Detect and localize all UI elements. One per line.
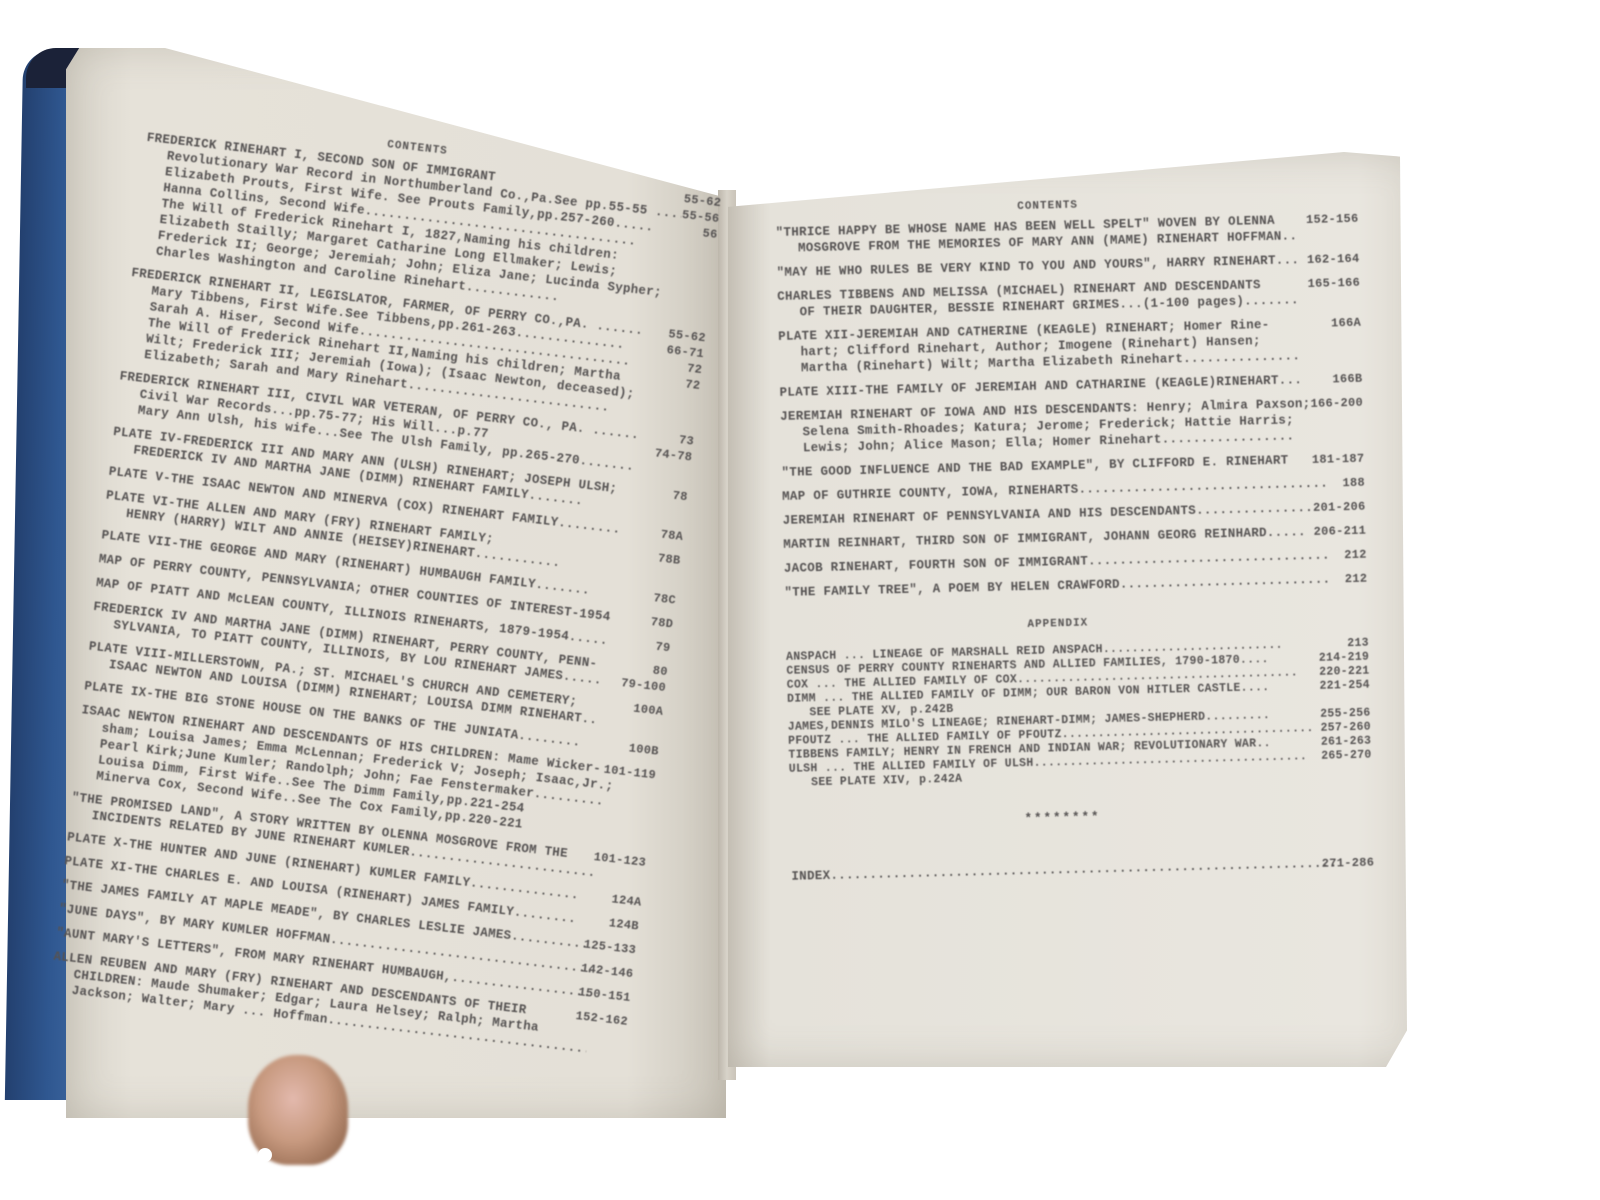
toc-entry: JEREMIAH RINEHART OF IOWA AND HIS DESCEN… <box>780 396 1326 457</box>
left-page-contents: CONTENTS FREDERICK RINEHART I, SECOND SO… <box>48 110 686 1065</box>
toc-page-number: 72 <box>686 361 703 379</box>
right-toc-list: "THRICE HAPPY BE WHOSE NAME HAS BEEN WEL… <box>775 212 1329 601</box>
toc-page-number: 124A <box>611 891 643 910</box>
toc-entry: PLATE XIII-THE FAMILY OF JEREMIAH AND CA… <box>779 372 1324 401</box>
toc-entry-title: "THE GOOD INFLUENCE AND THE BAD EXAMPLE"… <box>781 452 1326 481</box>
toc-page-number: 73 <box>678 432 695 450</box>
toc-page-number: 78A <box>660 527 684 545</box>
toc-entry-title: MAP OF GUTHRIE COUNTY, IOWA, RINEHARTS..… <box>782 476 1327 505</box>
toc-entry: CHARLES TIBBENS AND MELISSA (MICHAEL) RI… <box>777 276 1323 321</box>
toc-entry: "THE GOOD INFLUENCE AND THE BAD EXAMPLE"… <box>781 452 1326 481</box>
toc-entry: MARTIN REINHART, THIRD SON OF IMMIGRANT,… <box>783 524 1328 553</box>
toc-page-number: 188 <box>1342 475 1365 492</box>
toc-entry: "THE FAMILY TREE", A POEM BY HELEN CRAWF… <box>784 572 1329 601</box>
toc-page-number: 201-206 <box>1313 499 1366 516</box>
toc-page-number: 213 <box>1347 637 1369 652</box>
right-page-contents: CONTENTS "THRICE HAPPY BE WHOSE NAME HAS… <box>775 192 1337 893</box>
left-toc-list: FREDERICK RINEHART I, SECOND SON OF IMMI… <box>49 130 684 1058</box>
index-label: INDEX...................................… <box>791 855 1336 884</box>
appendix-heading: APPENDIX <box>785 610 1330 639</box>
toc-entry-title: "MAY HE WHO RULES BE VERY KIND TO YOU AN… <box>776 252 1321 281</box>
toc-page-number: 212 <box>1345 571 1368 588</box>
appendix-list: ANSPACH ... LINEAGE OF MARSHALL REID ANS… <box>786 638 1334 791</box>
toc-entry-title: MARTIN REINHART, THIRD SON OF IMMIGRANT,… <box>783 524 1328 553</box>
toc-page-number: 78C <box>653 590 677 608</box>
toc-entry: "MAY HE WHO RULES BE VERY KIND TO YOU AN… <box>776 252 1321 281</box>
toc-entry-title: JACOB RINEHART, FOURTH SON OF IMMIGRANT.… <box>784 548 1329 577</box>
toc-page-number: 265-270 <box>1321 749 1372 764</box>
toc-page-number: 221-254 <box>1319 679 1370 694</box>
toc-page-number: 181-187 <box>1312 451 1365 468</box>
thumb-highlight <box>258 1148 272 1162</box>
toc-page-number: 79 <box>655 639 672 657</box>
toc-page-number: 56 <box>702 225 719 243</box>
toc-entry-title: "THE FAMILY TREE", A POEM BY HELEN CRAWF… <box>784 572 1329 601</box>
toc-page-number: 72 <box>684 376 701 394</box>
toc-page-number: 124B <box>608 915 640 934</box>
index-pages: 271-286 <box>1322 855 1375 872</box>
toc-page-number: 78D <box>650 614 674 632</box>
toc-page-number: 165-166 <box>1307 275 1360 292</box>
toc-page-number: 212 <box>1344 547 1367 564</box>
toc-page-number: 206-211 <box>1313 523 1366 540</box>
toc-page-number: 78 <box>672 488 689 506</box>
toc-entry-title: JEREMIAH RINEHART OF PENNSYLVANIA AND HI… <box>783 500 1328 529</box>
toc-page-number: 166A <box>1331 315 1361 332</box>
toc-page-number: 162-164 <box>1307 251 1360 268</box>
toc-page-number: 255-256 <box>1320 707 1371 722</box>
toc-page-number: 166-200 <box>1310 395 1363 412</box>
toc-page-number: 100A <box>632 701 664 720</box>
toc-entry: MAP OF GUTHRIE COUNTY, IOWA, RINEHARTS..… <box>782 476 1327 505</box>
toc-page-number: 78B <box>657 550 681 568</box>
toc-page-number: 261-263 <box>1321 735 1372 750</box>
toc-page-number: 152-156 <box>1306 211 1359 228</box>
toc-entry: PLATE XII-JEREMIAH AND CATHERINE (KEAGLE… <box>778 316 1324 377</box>
section-separator: ******** <box>790 804 1335 833</box>
toc-page-number: 214-219 <box>1319 651 1370 666</box>
toc-page-number: 80 <box>652 663 669 681</box>
index-entry: INDEX...................................… <box>791 855 1336 884</box>
toc-page-number: 220-221 <box>1319 665 1370 680</box>
toc-page-number: 257-260 <box>1320 721 1371 736</box>
toc-entry: JEREMIAH RINEHART OF PENNSYLVANIA AND HI… <box>783 500 1328 529</box>
toc-entry-title: PLATE XIII-THE FAMILY OF JEREMIAH AND CA… <box>779 372 1324 401</box>
toc-page-number: 166B <box>1332 371 1362 388</box>
toc-entry: JACOB RINEHART, FOURTH SON OF IMMIGRANT.… <box>784 548 1329 577</box>
toc-page-number: 100B <box>628 740 660 759</box>
